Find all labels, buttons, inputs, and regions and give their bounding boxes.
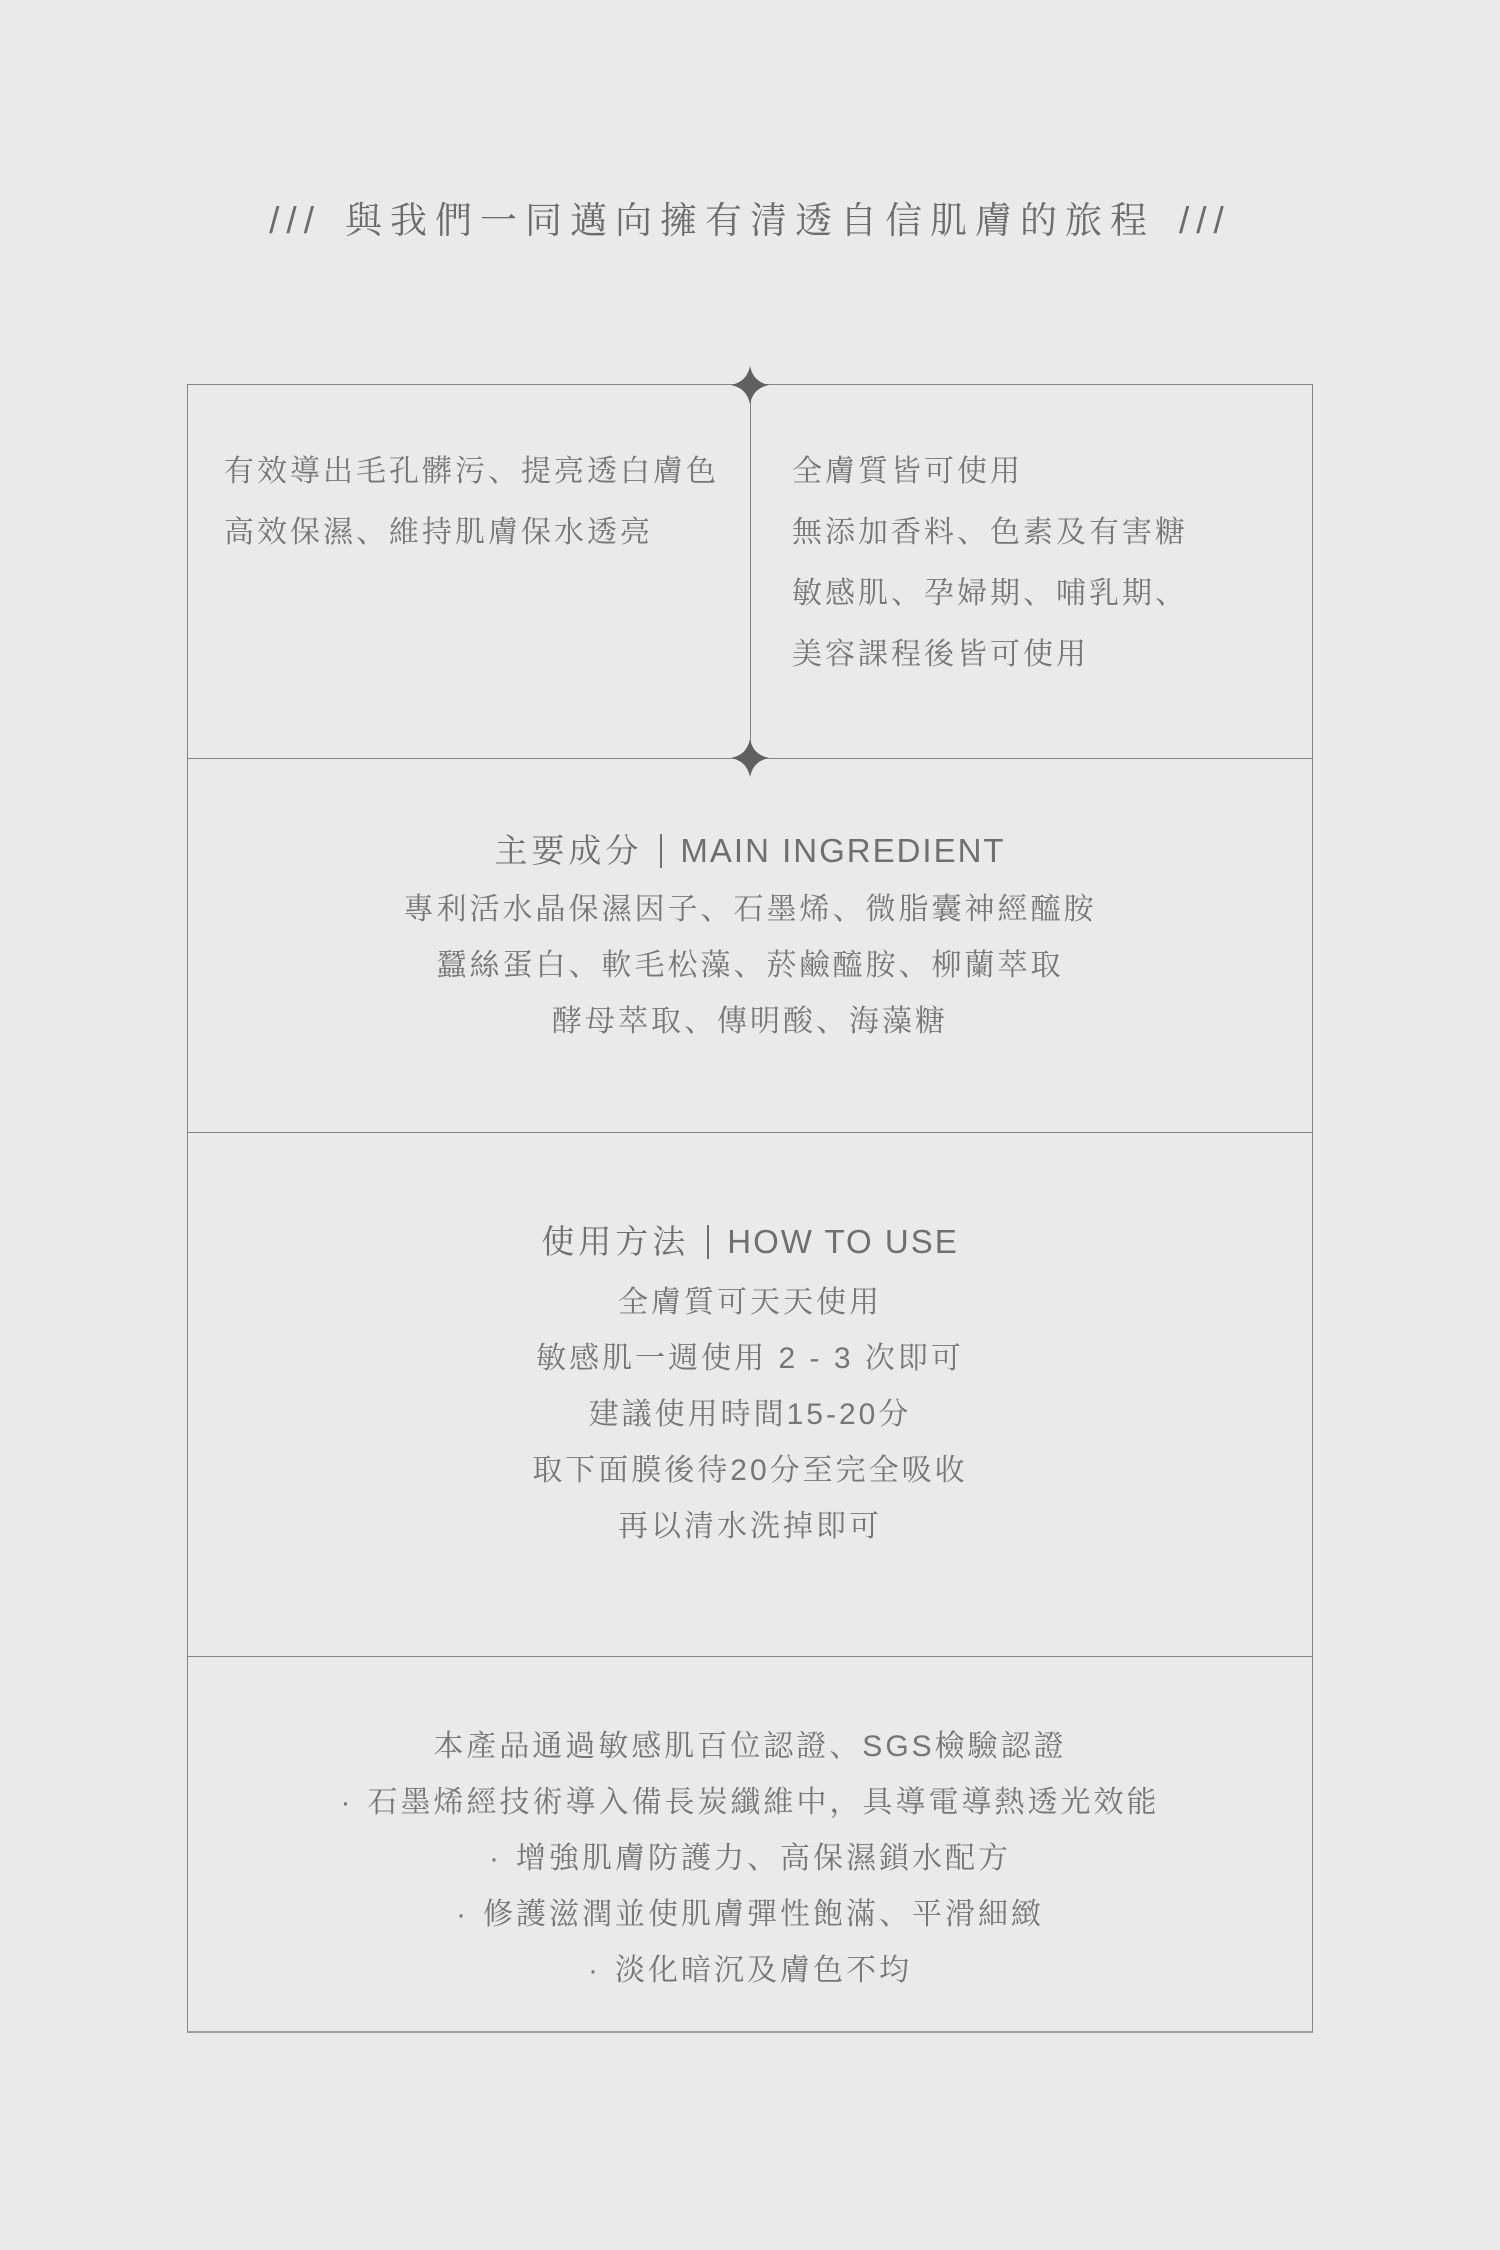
- four-point-star-icon: [730, 365, 770, 405]
- benefit-line: 無添加香料、色素及有害糖: [792, 502, 1302, 563]
- usage-step: 建議使用時間15-20分: [188, 1387, 1312, 1443]
- benefits-right-column: 全膚質皆可使用 無添加香料、色素及有害糖 敏感肌、孕婦期、哺乳期、 美容課程後皆…: [750, 385, 1312, 758]
- certification-bullet: ·修護滋潤並使肌膚彈性飽滿、平滑細緻: [188, 1887, 1312, 1943]
- column-divider-line: [750, 385, 751, 758]
- ingredient-line: 酵母萃取、傳明酸、海藻糖: [188, 994, 1312, 1050]
- tagline-decor-left: ///: [269, 200, 321, 241]
- certification-list: 本產品通過敏感肌百位認證、SGS檢驗認證 ·石墨烯經技術導入備長炭纖維中，具導電…: [188, 1719, 1312, 1999]
- bullet-dot-icon: ·: [489, 1831, 502, 1887]
- ingredients-title-en: MAIN INGREDIENT: [680, 829, 1005, 873]
- ingredients-list: 專利活水晶保濕因子、石墨烯、微脂囊神經醯胺 蠶絲蛋白、軟毛松藻、菸鹼醯胺、柳蘭萃…: [188, 882, 1312, 1050]
- usage-step: 全膚質可天天使用: [188, 1275, 1312, 1331]
- tagline-decor-right: ///: [1179, 200, 1231, 241]
- benefit-line: 高效保濕、維持肌膚保水透亮: [224, 502, 740, 563]
- usage-step: 再以清水洗掉即可: [188, 1499, 1312, 1555]
- benefits-panel: 有效導出毛孔髒污、提亮透白膚色 高效保濕、維持肌膚保水透亮 全膚質皆可使用 無添…: [187, 384, 1313, 759]
- how-to-use-panel: 使用方法 HOW TO USE 全膚質可天天使用 敏感肌一週使用 2 - 3 次…: [187, 1133, 1313, 1657]
- benefits-left-column: 有效導出毛孔髒污、提亮透白膚色 高效保濕、維持肌膚保水透亮: [188, 385, 750, 758]
- bullet-dot-icon: ·: [456, 1887, 469, 1943]
- info-panel-stack: 有效導出毛孔髒污、提亮透白膚色 高效保濕、維持肌膚保水透亮 全膚質皆可使用 無添…: [187, 384, 1313, 2033]
- how-to-use-steps: 全膚質可天天使用 敏感肌一週使用 2 - 3 次即可 建議使用時間15-20分 …: [188, 1275, 1312, 1555]
- usage-step: 取下面膜後待20分至完全吸收: [188, 1443, 1312, 1499]
- hero-tagline: ///與我們一同邁向擁有清透自信肌膚的旅程///: [0, 190, 1500, 244]
- how-to-use-title-zh: 使用方法: [541, 1220, 689, 1264]
- ingredient-line: 專利活水晶保濕因子、石墨烯、微脂囊神經醯胺: [188, 882, 1312, 938]
- certification-bullet: ·增強肌膚防護力、高保濕鎖水配方: [188, 1831, 1312, 1887]
- benefit-line: 有效導出毛孔髒污、提亮透白膚色: [224, 441, 740, 502]
- certification-bullet: ·淡化暗沉及膚色不均: [188, 1943, 1312, 1999]
- ingredients-panel: 主要成分 MAIN INGREDIENT 專利活水晶保濕因子、石墨烯、微脂囊神經…: [187, 759, 1313, 1133]
- benefit-line: 美容課程後皆可使用: [792, 624, 1302, 685]
- certification-bullet: ·石墨烯經技術導入備長炭纖維中，具導電導熱透光效能: [188, 1775, 1312, 1831]
- ingredients-title: 主要成分 MAIN INGREDIENT: [188, 829, 1312, 873]
- ingredient-line: 蠶絲蛋白、軟毛松藻、菸鹼醯胺、柳蘭萃取: [188, 938, 1312, 994]
- bullet-dot-icon: ·: [341, 1775, 354, 1831]
- how-to-use-title-en: HOW TO USE: [727, 1220, 958, 1264]
- certification-panel: 本產品通過敏感肌百位認證、SGS檢驗認證 ·石墨烯經技術導入備長炭纖維中，具導電…: [187, 1657, 1313, 2033]
- usage-step: 敏感肌一週使用 2 - 3 次即可: [188, 1331, 1312, 1387]
- certification-headline: 本產品通過敏感肌百位認證、SGS檢驗認證: [188, 1719, 1312, 1775]
- bullet-dot-icon: ·: [588, 1943, 601, 1999]
- benefit-line: 敏感肌、孕婦期、哺乳期、: [792, 563, 1302, 624]
- title-separator-bar: [660, 834, 662, 868]
- title-separator-bar: [707, 1225, 709, 1259]
- how-to-use-title: 使用方法 HOW TO USE: [188, 1220, 1312, 1264]
- tagline-text: 與我們一同邁向擁有清透自信肌膚的旅程: [345, 200, 1155, 241]
- ingredients-title-zh: 主要成分: [494, 829, 642, 873]
- benefit-line: 全膚質皆可使用: [792, 441, 1302, 502]
